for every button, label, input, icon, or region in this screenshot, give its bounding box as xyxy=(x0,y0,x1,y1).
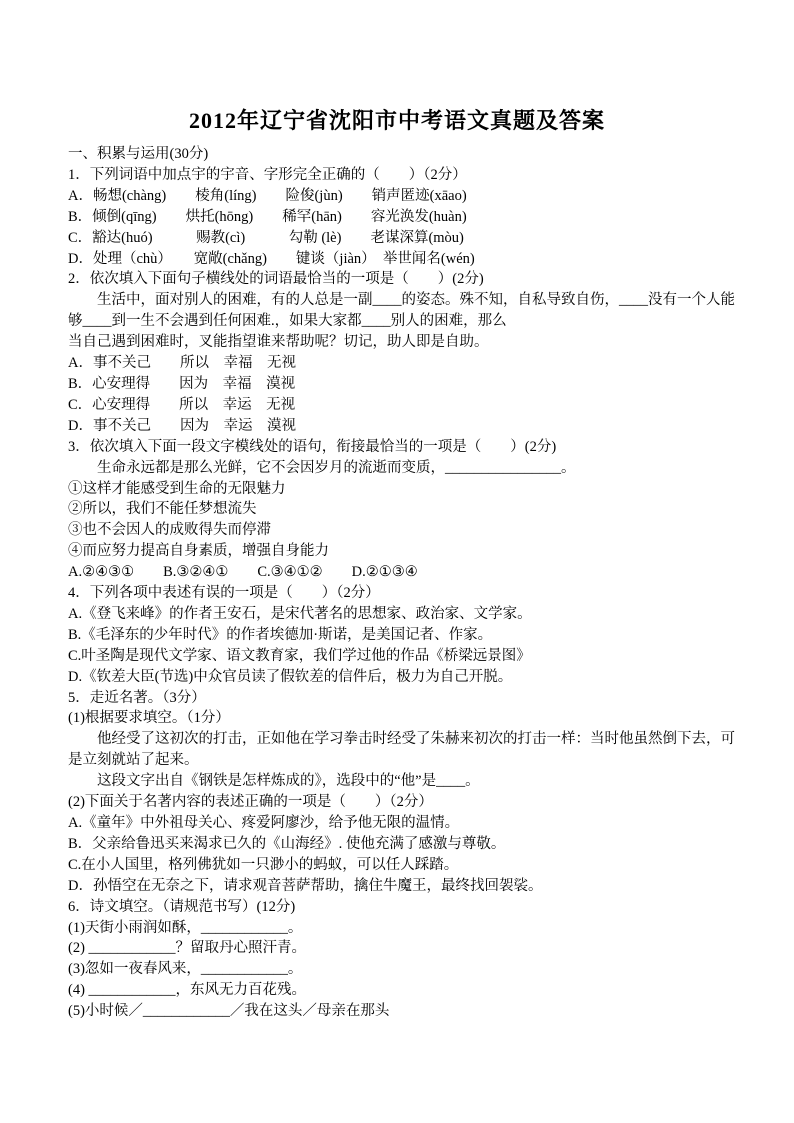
q1-option-c: C．豁达(huó) 赐教(cì) 勾勒 (lè) 老谋深算(mòu) xyxy=(68,228,740,249)
q5-part2-option-d: D．孙悟空在无奈之下，请求观音菩萨帮助，擒住牛魔王，最终找回袈裟。 xyxy=(68,876,740,897)
q5-passage-line-1: 他经受了这初次的打击，正如他在学习拳击时经受了朱赫来初次的打击一样：当时他虽然倒… xyxy=(68,729,740,750)
q5-stem: 5．走近名著。（3分） xyxy=(68,688,740,709)
q2-option-d: D．事不关己 因为 幸运 漠视 xyxy=(68,416,740,437)
document-body: 一、积累与运用(30分) 1．下列词语中加点宇的宇音、字形完全正确的（ ）（2分… xyxy=(68,144,740,1022)
q3-passage: 生命永远都是那么光鲜，它不会因岁月的流逝而变质，________________… xyxy=(68,458,740,479)
q6-item-5: (5)小时候／____________／我在这头／母亲在那头 xyxy=(68,1001,740,1022)
q1-stem: 1．下列词语中加点宇的宇音、字形完全正确的（ ）（2分） xyxy=(68,165,740,186)
q3-item-3: ③也不会因人的成败得失而停滞 xyxy=(68,520,740,541)
q2-passage-line-1: 生活中，面对别人的困难，有的人总是一副____的姿态。殊不知，自私导致自伤，__… xyxy=(68,290,740,311)
q6-item-1: (1)天街小雨润如酥，____________。 xyxy=(68,918,740,939)
q5-part2-option-a: A.《童年》中外祖母关心、疼爱阿廖沙，给予他无限的温情。 xyxy=(68,813,740,834)
page-title: 2012年辽宁省沈阳市中考语文真题及答案 xyxy=(0,104,794,135)
q5-passage-line-2: 是立刻就站了起来。 xyxy=(68,750,740,771)
q3-item-4: ④而应努力提高自身素质，增强自身能力 xyxy=(68,541,740,562)
q3-item-1: ①这样才能感受到生命的无限魅力 xyxy=(68,479,740,500)
q6-stem: 6．诗文填空。（请规范书写）(12分) xyxy=(68,897,740,918)
q1-option-b: B．倾倒(qīng) 烘托(hōng) 稀罕(hān) 容光涣发(huàn) xyxy=(68,207,740,228)
q4-stem: 4．下列各项中表述有误的一项是（ ）（2分） xyxy=(68,583,740,604)
q5-part2-option-b: B．父亲给鲁迅买来渴求已久的《山海经》. 使他充满了感激与尊敬。 xyxy=(68,834,740,855)
q2-passage-line-3: 当自己遇到困难时，叉能指望谁来帮助呢？切记，助人即是自助。 xyxy=(68,332,740,353)
q1-option-d: D．处理（chù） 宽敞(chǎng) 键谈（jiàn） 举世闻名(wén) xyxy=(68,249,740,270)
q3-item-2: ②所以，我们不能任梦想流失 xyxy=(68,499,740,520)
q5-part2-option-c: C.在小人国里，格列佛犹如一只渺小的蚂蚁，可以任人踩踏。 xyxy=(68,855,740,876)
q4-option-a: A.《登飞来峰》的作者王安石，是宋代著名的思想家、政治家、文学家。 xyxy=(68,604,740,625)
q5-part2-stem: (2)下面关于名著内容的表述正确的一项是（ ）（2分） xyxy=(68,792,740,813)
q4-option-b: B.《毛泽东的少年时代》的作者埃德加·斯诺，是美国记者、作家。 xyxy=(68,625,740,646)
q6-item-4: (4) ____________，东风无力百花残。 xyxy=(68,980,740,1001)
document-page: 2012年辽宁省沈阳市中考语文真题及答案 一、积累与运用(30分) 1．下列词语… xyxy=(0,0,794,1123)
q2-stem: 2．依次填入下面句子横线处的词语最恰当的一项是（ ）(2分) xyxy=(68,269,740,290)
q2-option-b: B．心安理得 因为 幸福 漠视 xyxy=(68,374,740,395)
q5-passage-source: 这段文字出自《钢铁是怎样炼成的》，选段中的“他”是____。 xyxy=(68,771,740,792)
q2-option-c: C．心安理得 所以 幸运 无视 xyxy=(68,395,740,416)
q2-passage-line-2: 够____到一生不会遇到任何困难.，如果大家都____别人的困难，那么 xyxy=(68,311,740,332)
q4-option-c: C.叶圣陶是现代文学家、语文教育家，我们学过他的作品《桥梁远景图》 xyxy=(68,646,740,667)
q6-item-3: (3)忽如一夜春风来，____________。 xyxy=(68,959,740,980)
section-heading: 一、积累与运用(30分) xyxy=(68,144,740,165)
q6-item-2: (2) ____________？留取丹心照汗青。 xyxy=(68,938,740,959)
q3-options: A.②④③① B.③②④① C.③④①② D.②①③④ xyxy=(68,562,740,583)
q2-option-a: A．事不关己 所以 幸福 无视 xyxy=(68,353,740,374)
q5-part1-stem: (1)根据要求填空。（1分） xyxy=(68,708,740,729)
q3-stem: 3．依次填入下面一段文字模线处的语句，衔接最恰当的一项是（ ）(2分) xyxy=(68,437,740,458)
q1-option-a: A．畅想(chàng) 棱角(líng) 险俊(jùn) 销声匿迹(xāao) xyxy=(68,186,740,207)
q4-option-d: D.《钦差大臣(节选)中众官员读了假钦差的信件后，极力为自己开脱。 xyxy=(68,667,740,688)
page-title-text: 2012年辽宁省沈阳市中考语文真题及答案 xyxy=(189,108,605,133)
